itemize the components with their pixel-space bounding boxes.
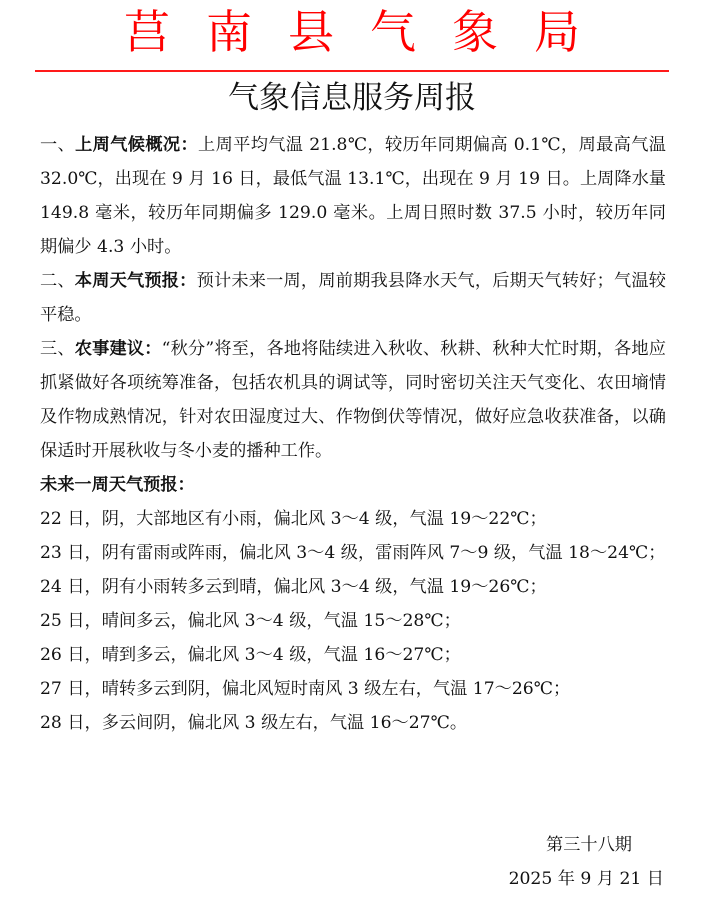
document-footer: 第三十八期 2025 年 9 月 21 日 (509, 828, 664, 896)
forecast-day-25: 25 日，晴间多云，偏北风 3～4 级，气温 15～28℃； (40, 604, 666, 638)
forecast-day-27: 27 日，晴转多云到阴，偏北风短时南风 3 级左右，气温 17～26℃； (40, 672, 666, 706)
issue-date: 2025 年 9 月 21 日 (509, 862, 664, 896)
section-heading: 本周天气预报： (75, 271, 197, 291)
org-name-header: 莒南县气象局 (0, 2, 704, 62)
forecast-day-22: 22 日，阴，大部地区有小雨，偏北风 3～4 级，气温 19～22℃； (40, 502, 666, 536)
forecast-heading: 未来一周天气预报： (40, 468, 666, 502)
forecast-day-24: 24 日，阴有小雨转多云到晴，偏北风 3～4 级，气温 19～26℃； (40, 570, 666, 604)
section-heading: 农事建议： (75, 339, 162, 359)
section-heading: 上周气候概况： (75, 135, 198, 155)
document-title: 气象信息服务周报 (0, 76, 704, 120)
section-prefix: 三、 (40, 339, 75, 359)
section-farming-advice: 三、农事建议：“秋分”将至，各地将陆续进入秋收、秋耕、秋种大忙时期，各地应抓紧做… (40, 332, 666, 468)
section-climate-summary: 一、上周气候概况：上周平均气温 21.8℃，较历年同期偏高 0.1℃，周最高气温… (40, 128, 666, 264)
forecast-day-28: 28 日，多云间阴，偏北风 3 级左右，气温 16～27℃。 (40, 706, 666, 740)
issue-number: 第三十八期 (509, 828, 664, 862)
section-prefix: 一、 (40, 135, 75, 155)
forecast-day-23: 23 日，阴有雷雨或阵雨，偏北风 3～4 级，雷雨阵风 7～9 级，气温 18～… (40, 536, 666, 570)
red-divider-rule (35, 70, 669, 72)
section-week-forecast: 二、本周天气预报：预计未来一周，周前期我县降水天气，后期天气转好；气温较平稳。 (40, 264, 666, 332)
section-prefix: 二、 (40, 271, 75, 291)
forecast-day-26: 26 日，晴到多云，偏北风 3～4 级，气温 16～27℃； (40, 638, 666, 672)
document-body: 一、上周气候概况：上周平均气温 21.8℃，较历年同期偏高 0.1℃，周最高气温… (40, 128, 666, 740)
